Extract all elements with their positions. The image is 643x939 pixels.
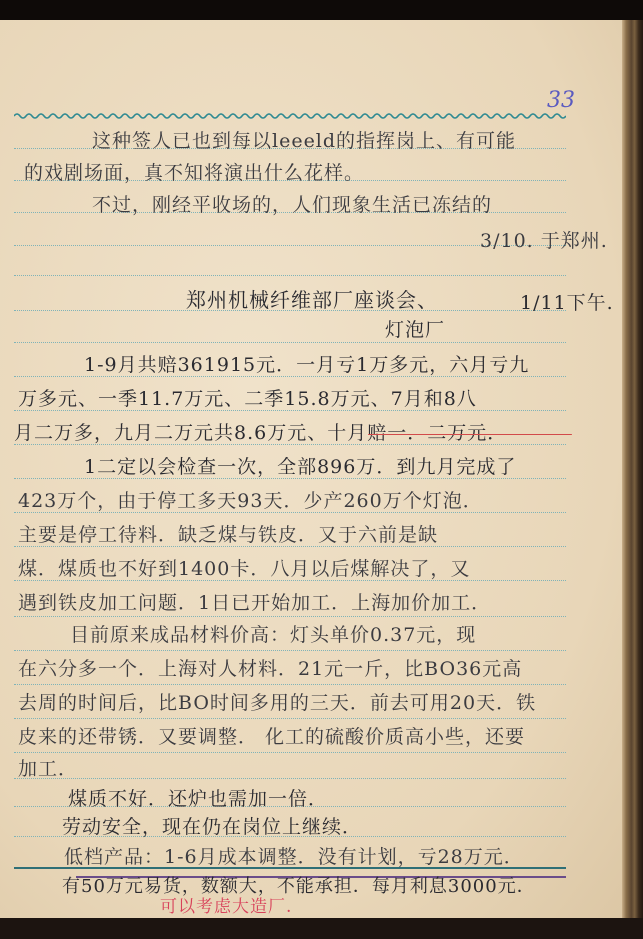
text-line: 目前原来成品材料价高：灯头单价0.37元，现 [70,620,476,647]
text-line: 不过，刚经平收场的，人们现象生活已冻结的 [92,190,492,217]
ruled-line [14,275,566,276]
date-location: 3/10. 于郑州. [480,226,608,253]
text-line: 的戏剧场面，真不知将演出什么花样。 [24,158,364,185]
text-line: 423万个，由于停工多天93天．少产260万个灯泡． [18,486,483,513]
ruled-line [14,684,566,685]
wavy-header-rule [14,112,566,120]
text-line: 去周的时间后，比BO时间多用的三天．前去可用20天．铁 [18,688,536,715]
text-line: 这种签人已也到每以leeeld的指挥岗上、有可能 [92,126,516,153]
text-line: 在六分多一个．上海对人材料．21元一斤，比BO36元高 [18,654,522,681]
scan-bottom-border [0,918,643,939]
meeting-title: 郑州机械纤维部厂座谈会、 [186,284,438,313]
text-line: 1二定以会检查一次，全部896万．到九月完成了 [84,452,516,479]
red-annotation: 可以考虑大造厂. [160,892,292,917]
text-line: 有50万元易货，数额大，不能承担．每月利息3000元． [62,872,536,898]
ruled-line [14,650,566,651]
ruled-line [14,752,566,753]
text-line: 月二万多，九月二万元共8.6万元、十月赔一．二万元． [14,418,507,445]
meeting-subtitle: 灯泡厂 [385,315,445,342]
text-line: 低档产品：1-6月成本调整．没有计划，亏28万元． [64,842,524,869]
text-line: 1-9月共赔361915元．一月亏1万多元，六月亏九 [84,350,529,377]
red-underline [368,434,572,435]
page-number: 33 [547,88,575,113]
text-line: 遇到铁皮加工问题．1日已开始加工．上海加价加工． [18,588,491,615]
page-stack-edge [622,20,643,918]
ruled-line [14,718,566,719]
text-line: 皮来的还带锈．又要调整． 化工的硫酸价质高小些，还要 [18,722,525,749]
text-line: 劳动安全，现在仍在岗位上继续． [62,812,362,839]
text-line: 煤．煤质也不好到1400卡．八月以后煤解决了，又 [18,554,470,581]
ruled-line [14,616,566,617]
text-line: 主要是停工待料．缺乏煤与铁皮．又于六前是缺 [18,520,438,547]
ruled-line [14,342,566,343]
text-line: 加工． [18,754,78,781]
scan-top-border [0,0,643,20]
text-line: 煤质不好．还炉也需加一倍． [68,784,328,811]
ruled-line [14,778,566,779]
text-line: 万多元、一季11.7万元、二季15.8万元、7月和8八 [18,384,477,411]
meeting-time: 1/11下午. [520,288,614,315]
